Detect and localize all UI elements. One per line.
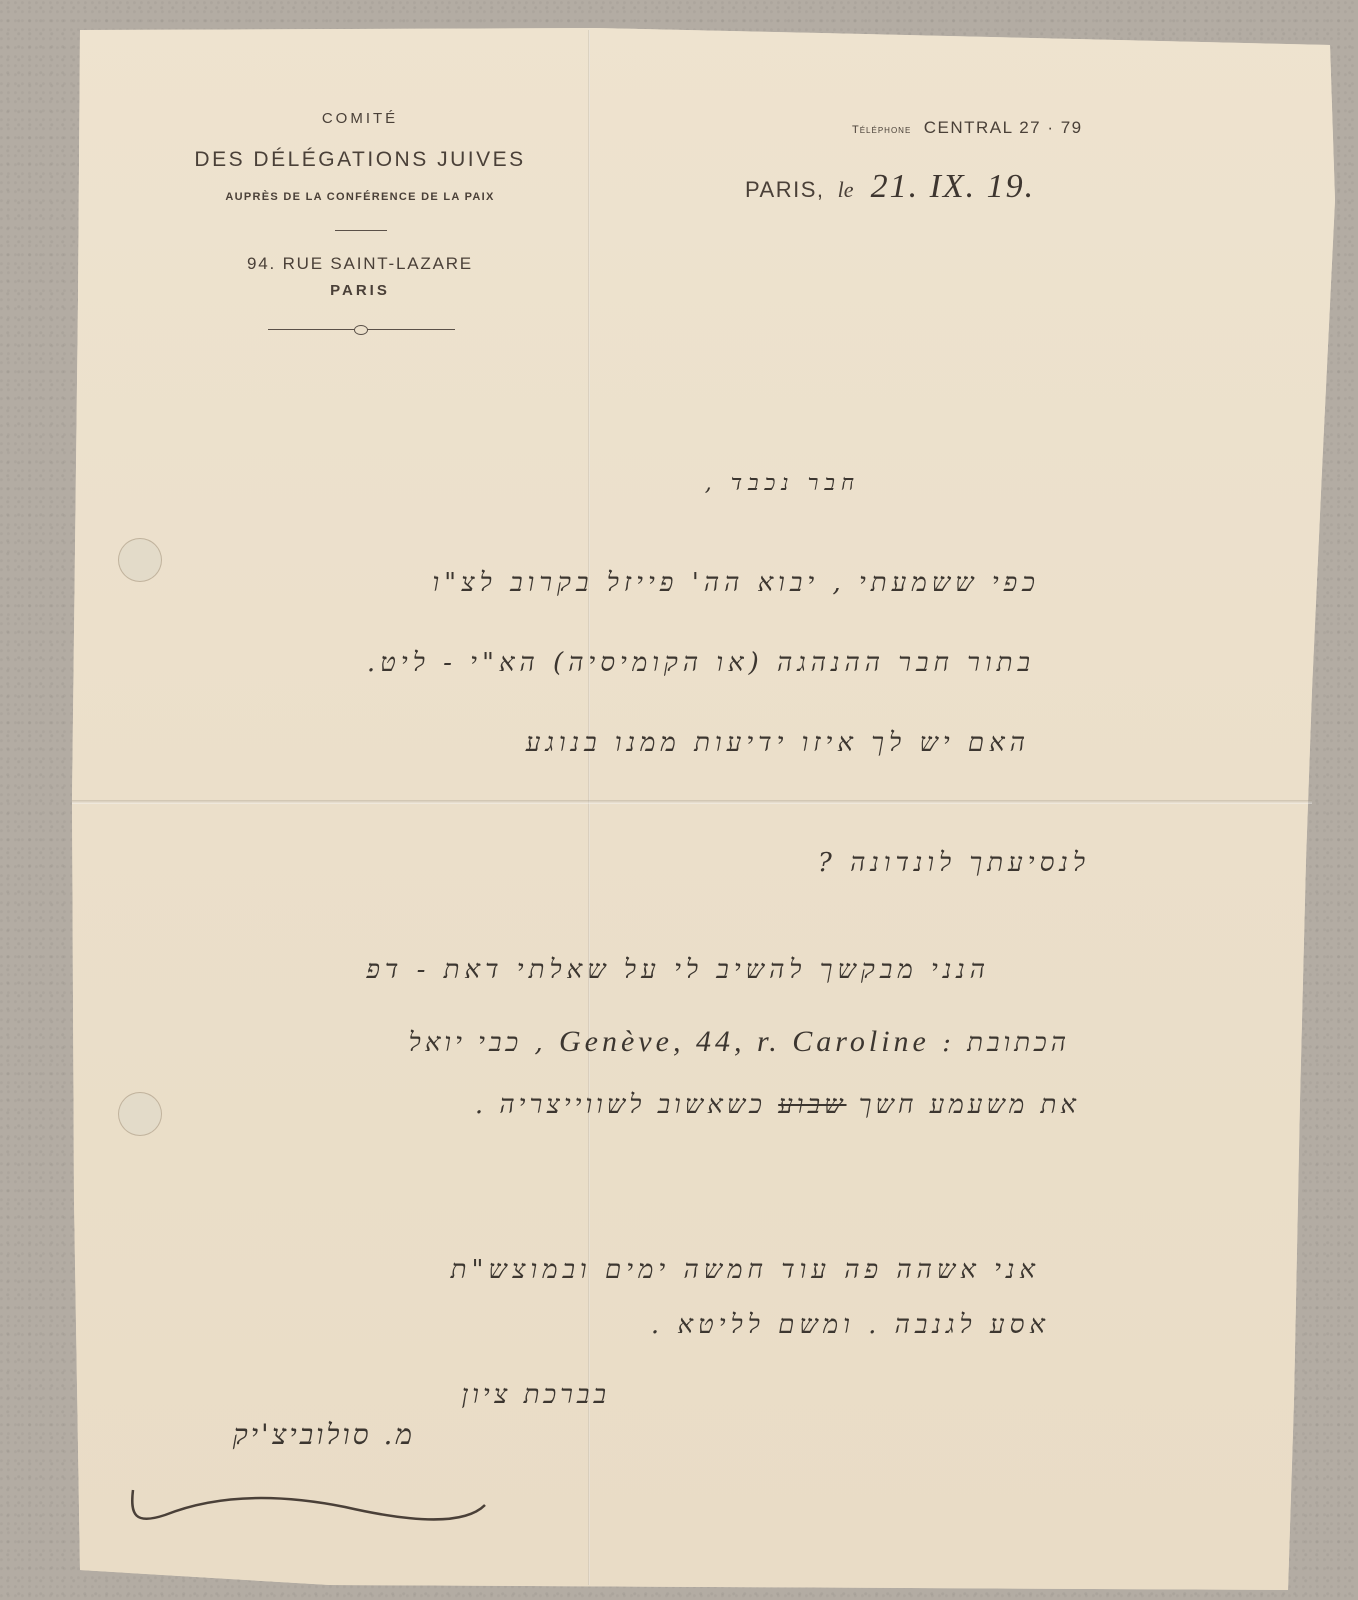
telephone-label: Téléphone — [852, 124, 911, 136]
letter-line-2: בתור חבר ההנהגה (או הקומיסיה) הא"י - ליט… — [120, 648, 1035, 678]
letter-line-8: אני אשהה פה עוד חמשה ימים ובמוצש"ת — [65, 1255, 1040, 1285]
salutation: חבר נכבד , — [560, 470, 860, 496]
letterhead-address: 94. RUE SAINT-LAZARE — [160, 254, 560, 274]
address-prefix: הכתובת : — [942, 1028, 1070, 1058]
letterhead-ornament-diamond-icon — [354, 325, 368, 335]
letter-line-3: האם יש לך איזו ידיעות ממנו בנוגע — [260, 728, 1030, 758]
letter-line-9: אסע לגנבה . ומשם לליטא . — [440, 1310, 1050, 1340]
letterhead-city: PARIS — [160, 282, 560, 299]
dateline: PARIS, le 21. IX. 19. — [745, 168, 1035, 206]
letterhead-subtitle: AUPRÈS DE LA CONFÉRENCE DE LA PAIX — [160, 191, 560, 203]
letterhead-divider — [335, 230, 387, 231]
letter-line-4: לנסיעתך לונדונה ? — [660, 848, 1090, 878]
punch-hole-top — [118, 538, 162, 582]
handwritten-date: 21. IX. 19. — [871, 168, 1036, 205]
line7-part-b: כשאשוב לשווייצריה . — [475, 1090, 766, 1120]
vertical-fold-crease — [588, 30, 590, 1585]
letterhead-organization: DES DÉLÉGATIONS JUIVES — [160, 148, 560, 172]
address-latin: Genève, 44, r. Caroline — [559, 1025, 930, 1058]
dateline-le: le — [838, 177, 854, 202]
signature-flourish-icon — [125, 1485, 505, 1535]
letterhead-comite: COMITÉ — [160, 110, 560, 127]
signature: מ. סולוביצ'יק — [115, 1418, 415, 1452]
letter-line-1: כפי ששמעתי , יבוא הה' פייזל בקרוב לצ"ו — [250, 568, 1040, 598]
horizontal-fold-crease — [72, 800, 1312, 804]
letter-line-5: הנני מבקשך להשיב לי על שאלתי דאת - דפ — [90, 955, 990, 985]
telephone-line: Téléphone CENTRAL 27 · 79 — [852, 118, 1083, 138]
closing: בברכת ציון — [370, 1380, 610, 1410]
dateline-city: PARIS, — [745, 177, 825, 202]
telephone-number: CENTRAL 27 · 79 — [924, 118, 1083, 137]
struck-word: שבוע — [778, 1090, 846, 1120]
line7-part-a: את משעמע חשך — [859, 1090, 1080, 1120]
letter-address-line: הכתובת : Genève, 44, r. Caroline , כבי י… — [100, 1025, 1070, 1059]
letter-line-7: את משעמע חשך שבוע כשאשוב לשווייצריה . — [80, 1090, 1080, 1120]
address-suffix: , כבי יואל — [409, 1028, 547, 1058]
